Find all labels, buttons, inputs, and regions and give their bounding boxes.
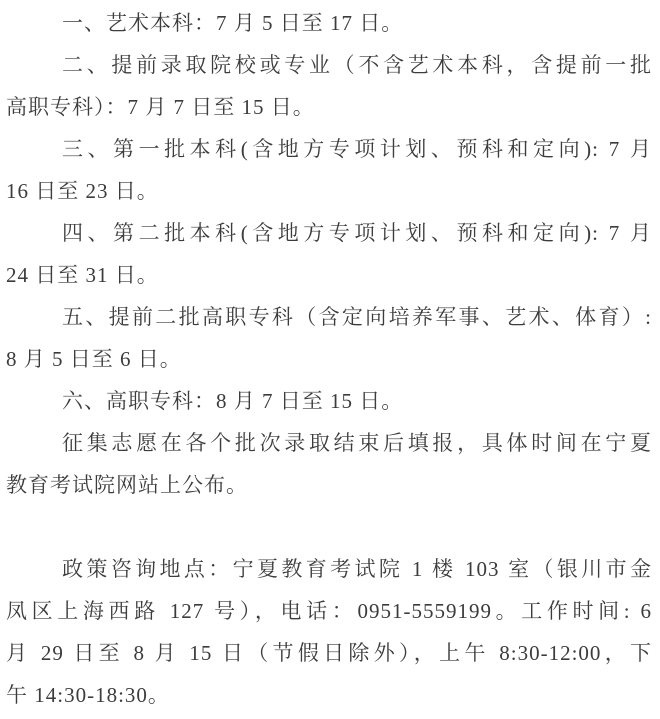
text-line: 五、提前二批高职专科（含定向培养军事、艺术、体育）: bbox=[6, 296, 652, 338]
text-line: 政策咨询地点：宁夏教育考试院 1 楼 103 室（银川市金 bbox=[6, 548, 652, 590]
text-line: 二、提前录取院校或专业（不含艺术本科，含提前一批 bbox=[6, 44, 652, 86]
text-line: 8 月 5 日至 6 日。 bbox=[6, 338, 652, 380]
text-line: 凤区上海西路 127 号），电话：0951-5559199。工作时间: 6 bbox=[6, 590, 652, 632]
text-line: 午 14:30-18:30。 bbox=[6, 674, 652, 716]
text-line: 教育考试院网站上公布。 bbox=[6, 464, 652, 506]
text-line: 六、高职专科：8 月 7 日至 15 日。 bbox=[6, 380, 652, 422]
text-line: 一、艺术本科：7 月 5 日至 17 日。 bbox=[6, 2, 652, 44]
text-line: 三、第一批本科(含地方专项计划、预科和定向): 7 月 bbox=[6, 128, 652, 170]
document-body: 一、艺术本科：7 月 5 日至 17 日。二、提前录取院校或专业（不含艺术本科，… bbox=[6, 2, 652, 716]
blank-line bbox=[6, 506, 652, 548]
text-line: 16 日至 23 日。 bbox=[6, 170, 652, 212]
document-page: 一、艺术本科：7 月 5 日至 17 日。二、提前录取院校或专业（不含艺术本科，… bbox=[0, 0, 660, 719]
text-line: 高职专科）：7 月 7 日至 15 日。 bbox=[6, 86, 652, 128]
text-line: 月 29 日至 8 月 15 日（节假日除外），上午 8:30-12:00，下 bbox=[6, 632, 652, 674]
text-line: 征集志愿在各个批次录取结束后填报，具体时间在宁夏 bbox=[6, 422, 652, 464]
text-line: 四、第二批本科(含地方专项计划、预科和定向): 7 月 bbox=[6, 212, 652, 254]
text-line: 24 日至 31 日。 bbox=[6, 254, 652, 296]
